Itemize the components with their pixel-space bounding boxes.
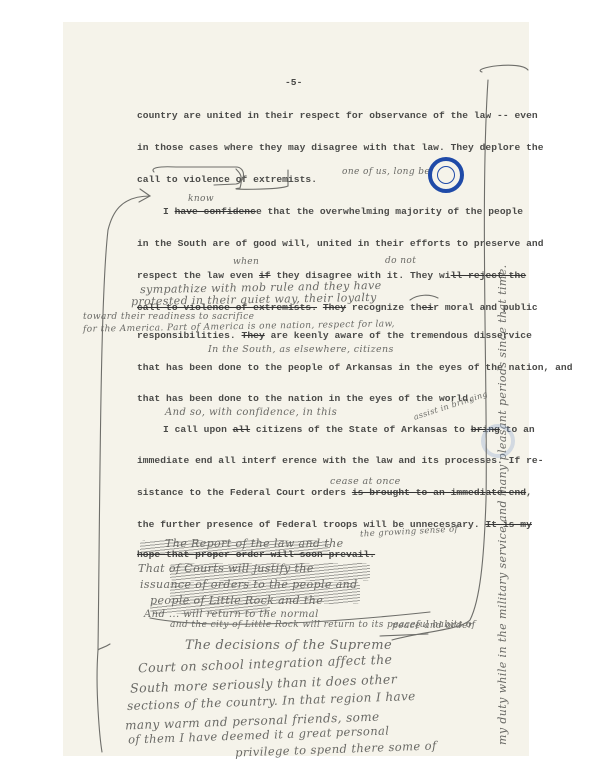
arrow-mark <box>108 196 150 230</box>
pencil-marks <box>0 0 600 776</box>
circle-mark <box>153 167 244 185</box>
